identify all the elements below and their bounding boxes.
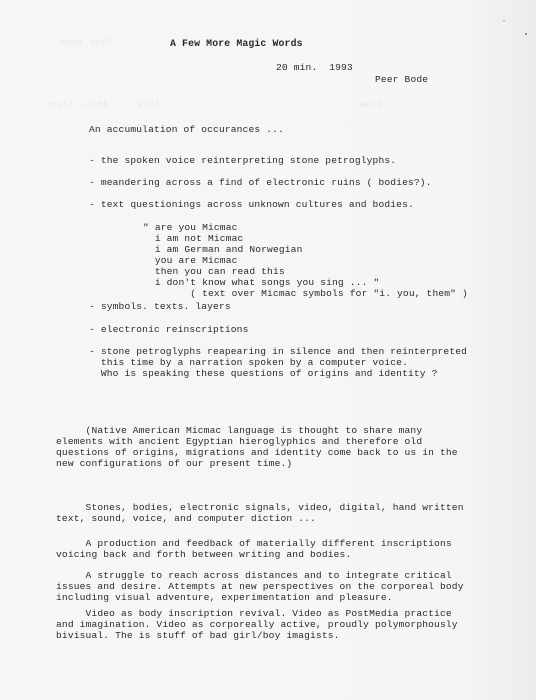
paper-speck [525, 33, 527, 35]
paragraph-line: new configurations of our present time.) [56, 458, 292, 470]
paragraph-line: voicing back and forth between writing a… [56, 549, 351, 561]
document-page: Peer Bode Dime 1979 4min. 37sec. A Few M… [0, 0, 536, 700]
bullet-item: - text questionings across unknown cultu… [89, 199, 414, 211]
bullet-item-cont: Who is speaking these questions of origi… [89, 368, 438, 380]
paragraph-line: bivisual. The is stuff of bad girl/boy i… [56, 630, 340, 642]
show-through-text: Dime 1979 4min. 37sec. [40, 98, 382, 111]
paragraph-line: including visual adventure, experimentat… [56, 592, 393, 604]
bullet-item: - meandering across a find of electronic… [89, 177, 432, 189]
duration-year: 20 min. 1993 [276, 62, 353, 74]
paper-speck [503, 20, 505, 22]
paragraph-line: text, sound, voice, and computer diction… [56, 513, 316, 525]
bullet-item: - the spoken voice reinterpreting stone … [89, 155, 396, 167]
document-title: A Few More Magic Words [170, 38, 303, 50]
author: Peer Bode [375, 74, 428, 86]
intro-line: An accumulation of occurances ... [89, 124, 284, 136]
poem-annotation: ( text over Micmac symbols for "i. you, … [143, 288, 468, 300]
bullet-item: - electronic reinscriptions [89, 324, 249, 336]
bullet-item: - symbols. texts. layers [89, 301, 231, 313]
